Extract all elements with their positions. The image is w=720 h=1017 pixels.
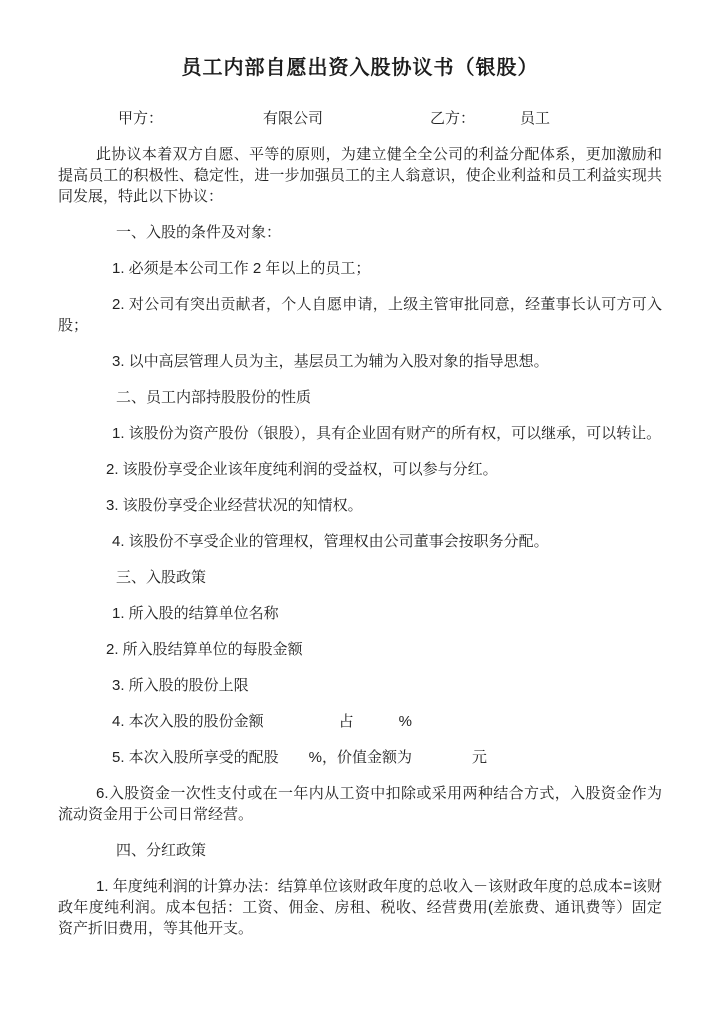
- section-heading-3: 三、入股政策: [58, 567, 662, 588]
- section-3-item-6: 6.入股资金一次性支付或在一年内从工资中扣除或采用两种结合方式，入股资金作为流动…: [58, 783, 662, 825]
- document-page: 员工内部自愿出资入股协议书（银股） 甲方： 有限公司 乙方： 员工 此协议本着双…: [0, 0, 720, 1017]
- party-b-label: 乙方：: [430, 108, 475, 129]
- document-title: 员工内部自愿出资入股协议书（银股）: [58, 54, 662, 82]
- section-1-item-1: 1. 必须是本公司工作 2 年以上的员工；: [58, 258, 662, 279]
- section-2-item-3: 3. 该股份享受企业经营状况的知情权。: [58, 495, 662, 516]
- section-1-item-2: 2. 对公司有突出贡献者，个人自愿申请，上级主管审批同意，经董事长认可方可入股；: [58, 294, 662, 336]
- party-a-value: 有限公司: [263, 108, 323, 129]
- section-3-item-4: 4. 本次入股的股份金额 占 %: [58, 711, 662, 732]
- section-3-item-1: 1. 所入股的结算单位名称: [58, 603, 662, 624]
- section-2-item-4: 4. 该股份不享受企业的管理权，管理权由公司董事会按职务分配。: [58, 531, 662, 552]
- section-4-item-1: 1. 年度纯利润的计算办法：结算单位该财政年度的总收入－该财政年度的总成本=该财…: [58, 876, 662, 939]
- party-a-label: 甲方：: [118, 108, 163, 129]
- section-heading-4: 四、分红政策: [58, 840, 662, 861]
- section-3-item-3: 3. 所入股的股份上限: [58, 675, 662, 696]
- section-3-item-5: 5. 本次入股所享受的配股 %，价值金额为 元: [58, 747, 662, 768]
- section-heading-1: 一、入股的条件及对象：: [58, 222, 662, 243]
- section-1-item-3: 3. 以中高层管理人员为主，基层员工为辅为入股对象的指导思想。: [58, 351, 662, 372]
- party-b-value: 员工: [520, 108, 550, 129]
- section-3-item-2: 2. 所入股结算单位的每股金额: [58, 639, 662, 660]
- section-2-item-2: 2. 该股份享受企业该年度纯利润的受益权，可以参与分红。: [58, 459, 662, 480]
- section-2-item-1: 1. 该股份为资产股份（银股），具有企业固有财产的所有权，可以继承，可以转让。: [58, 423, 662, 444]
- party-line: 甲方： 有限公司 乙方： 员工: [58, 108, 662, 129]
- preamble-paragraph: 此协议本着双方自愿、平等的原则，为建立健全全公司的利益分配体系，更加激励和提高员…: [58, 144, 662, 207]
- section-heading-2: 二、员工内部持股股份的性质: [58, 387, 662, 408]
